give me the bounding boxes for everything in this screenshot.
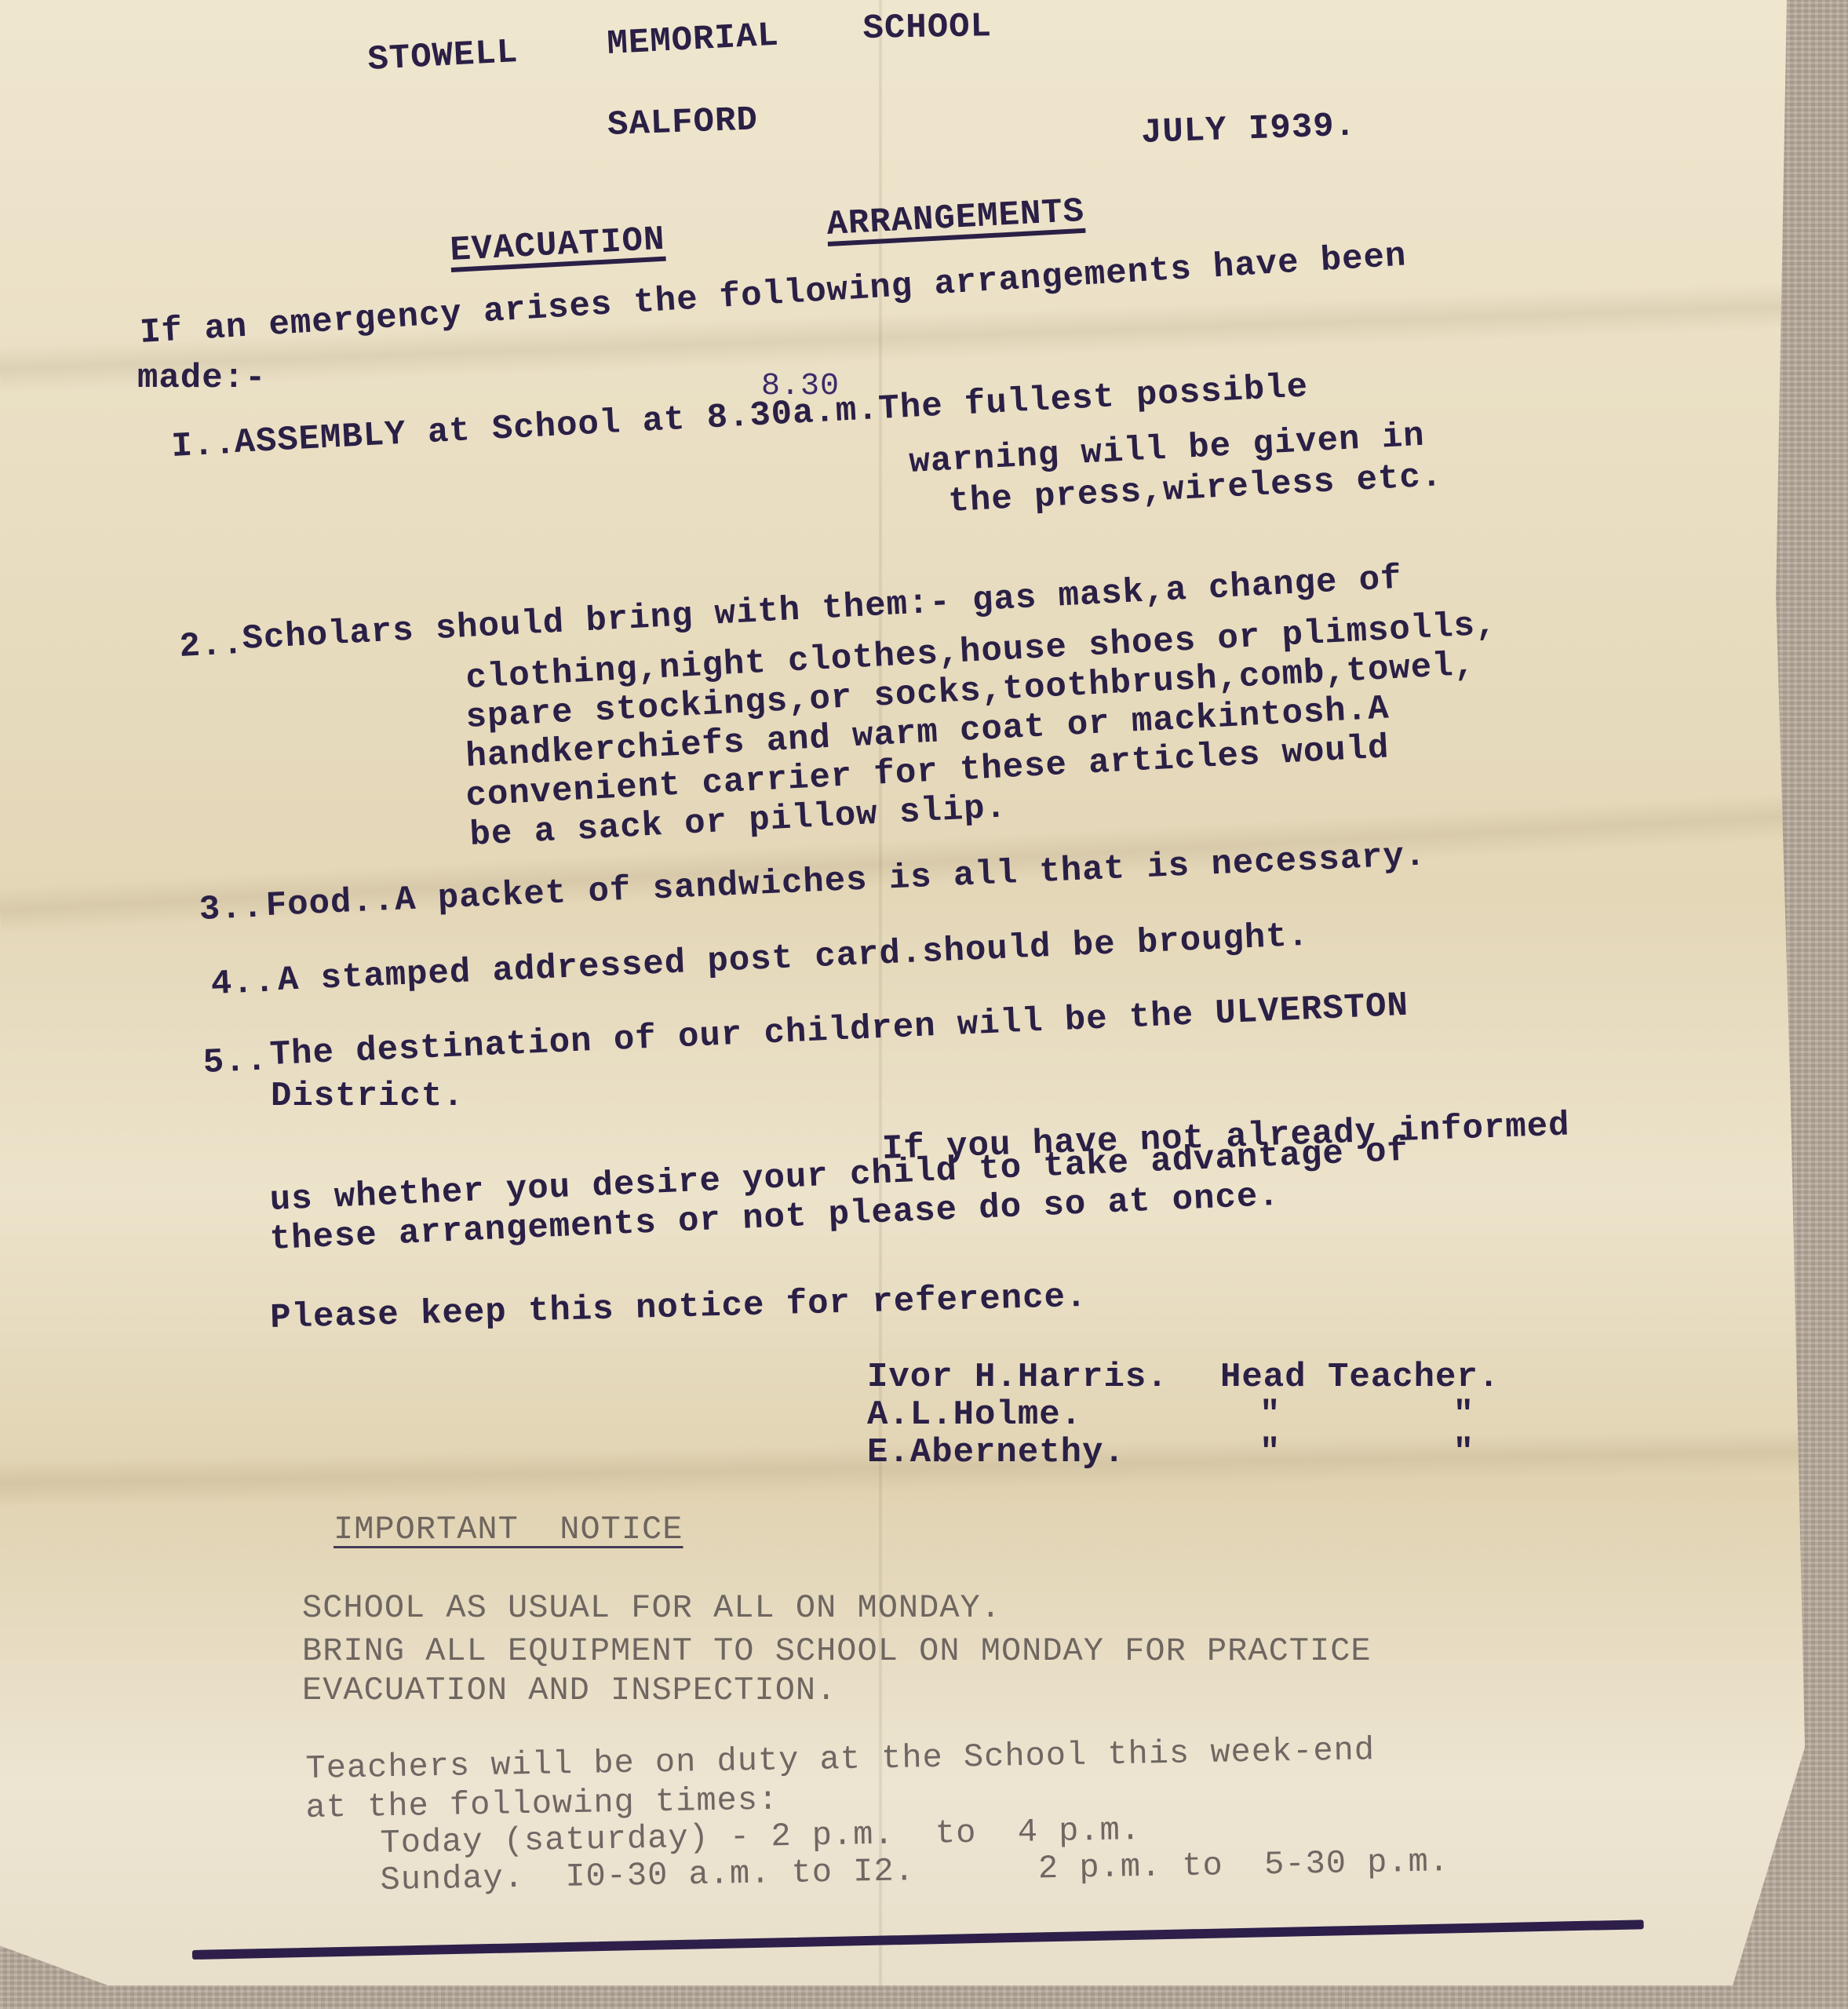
duty-line: Teachers will be on duty at the School t… [305, 1731, 1375, 1788]
keep-notice: Please keep this notice for reference. [270, 1278, 1088, 1338]
school-name-word: MEMORIAL [606, 16, 780, 64]
bottom-rule [192, 1920, 1644, 1960]
signature-name: Ivor H.Harris. [867, 1358, 1168, 1397]
item-4-line: A stamped addressed post card.should be … [277, 917, 1310, 1001]
document-date: JULY I939. [1140, 106, 1357, 153]
important-notice-line: BRING ALL EQUIPMENT TO SCHOOL ON MONDAY … [302, 1632, 1372, 1670]
signature-title: " " [1259, 1395, 1474, 1435]
signature-title: " " [1259, 1433, 1474, 1472]
item-number: 5.. [202, 1041, 268, 1083]
item-number: 2.. [178, 625, 245, 667]
important-notice-heading: IMPORTANT NOTICE [334, 1511, 683, 1548]
item-5-line: The destination of our children will be … [269, 986, 1409, 1075]
document-sheet: STOWELL MEMORIAL SCHOOL SALFORD JULY I93… [0, 0, 1805, 1985]
item-number: I.. [170, 425, 237, 467]
school-name-word: SCHOOL [862, 7, 992, 49]
signature-name: E.Abernethy. [867, 1433, 1125, 1472]
item-number: 4.. [210, 962, 276, 1004]
intro-line: made:- [137, 359, 266, 398]
signature-title: Head Teacher. [1220, 1358, 1500, 1397]
school-town: SALFORD [607, 100, 758, 145]
signature-name: A.L.Holme. [867, 1395, 1082, 1435]
important-notice-line: SCHOOL AS USUAL FOR ALL ON MONDAY. [302, 1589, 1001, 1627]
item-number: 3.. [199, 888, 264, 930]
title-evacuation: EVACUATION [449, 221, 665, 271]
important-notice-line: EVACUATION AND INSPECTION. [302, 1672, 837, 1709]
school-name-word: STOWELL [366, 33, 519, 80]
item-5-line: District. [271, 1077, 465, 1116]
title-arrangements: ARRANGEMENTS [826, 192, 1085, 245]
